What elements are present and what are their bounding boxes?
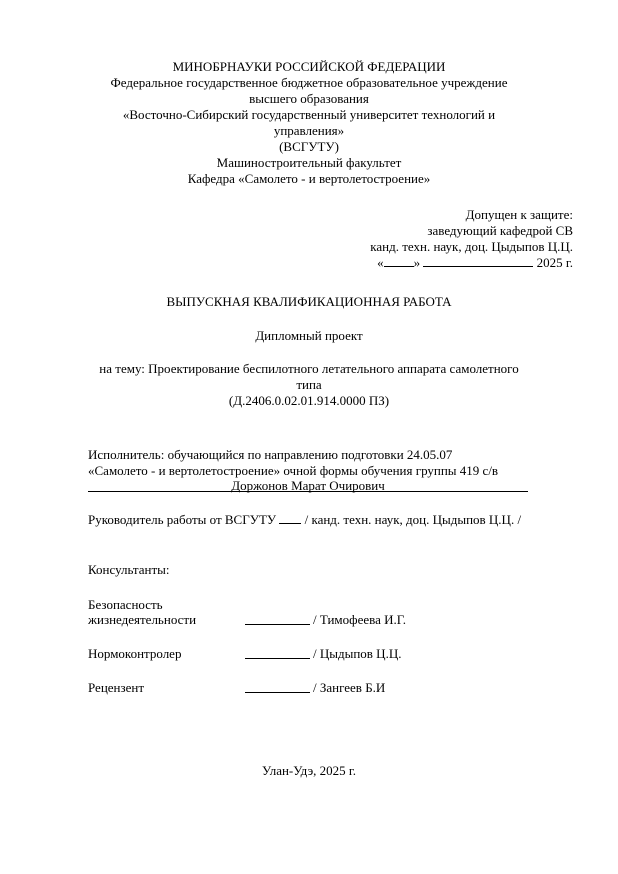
supervisor-line: Руководитель работы от ВСГУТУ / канд. те… [88, 512, 521, 527]
supervisor-signature-blank [279, 512, 301, 524]
consultants-heading: Консультанты: [88, 562, 170, 577]
consultant-role-bzh-line-2: жизнедеятельности [88, 612, 196, 627]
executor-underline [88, 491, 528, 492]
consultant-role-bzh-line-1: Безопасность [88, 597, 163, 612]
consultant-normcontrol-name: / Цыдыпов Ц.Ц. [313, 646, 401, 661]
day-blank [384, 255, 414, 267]
month-blank [423, 255, 533, 267]
institution-line-1: Федеральное государственное бюджетное об… [0, 75, 618, 90]
institution-line-2: высшего образования [0, 91, 618, 106]
supervisor-details: / канд. техн. наук, доц. Цыдыпов Ц.Ц. / [305, 512, 521, 527]
approval-admitted: Допущен к защите: [466, 207, 573, 222]
consultant-bzh-name: / Тимофеева И.Г. [313, 612, 406, 627]
approval-head-name: канд. техн. наук, доц. Цыдыпов Ц.Ц. [370, 239, 573, 254]
quote-close: » [414, 255, 421, 270]
department-name: Кафедра «Самолето - и вертолетостроение» [0, 171, 618, 186]
executor-line-1: Исполнитель: обучающийся по направлению … [88, 447, 452, 462]
consultant-role-normcontrol: Нормоконтролер [88, 646, 181, 661]
document-code: (Д.2406.0.02.01.914.0000 ПЗ) [0, 393, 618, 408]
consultant-reviewer-signature-blank [245, 692, 310, 693]
university-abbreviation: (ВСГУТУ) [0, 139, 618, 154]
university-line-2: управления» [0, 123, 618, 138]
supervisor-label: Руководитель работы от ВСГУТУ [88, 512, 276, 527]
faculty-name: Машиностроительный факультет [0, 155, 618, 170]
project-type: Дипломный проект [0, 328, 618, 343]
city-year: Улан-Удэ, 2025 г. [0, 763, 618, 778]
approval-year: 2025 г. [537, 255, 573, 270]
consultant-role-reviewer: Рецензент [88, 680, 144, 695]
consultant-bzh-signature-blank [245, 624, 310, 625]
consultant-normcontrol-signature-blank [245, 658, 310, 659]
consultant-reviewer-name: / Зангеев Б.И [313, 680, 385, 695]
approval-head: заведующий кафедрой СВ [427, 223, 573, 238]
ministry-title: МИНОБРНАУКИ РОССИЙСКОЙ ФЕДЕРАЦИИ [0, 59, 618, 74]
university-line-1: «Восточно-Сибирский государственный унив… [0, 107, 618, 122]
topic-line-1: на тему: Проектирование беспилотного лет… [0, 361, 618, 376]
approval-date-line: «» 2025 г. [377, 255, 573, 270]
work-type-title: ВЫПУСКНАЯ КВАЛИФИКАЦИОННАЯ РАБОТА [0, 294, 618, 309]
topic-line-2: типа [0, 377, 618, 392]
executor-line-2: «Самолето - и вертолетостроение» очной ф… [88, 463, 498, 478]
